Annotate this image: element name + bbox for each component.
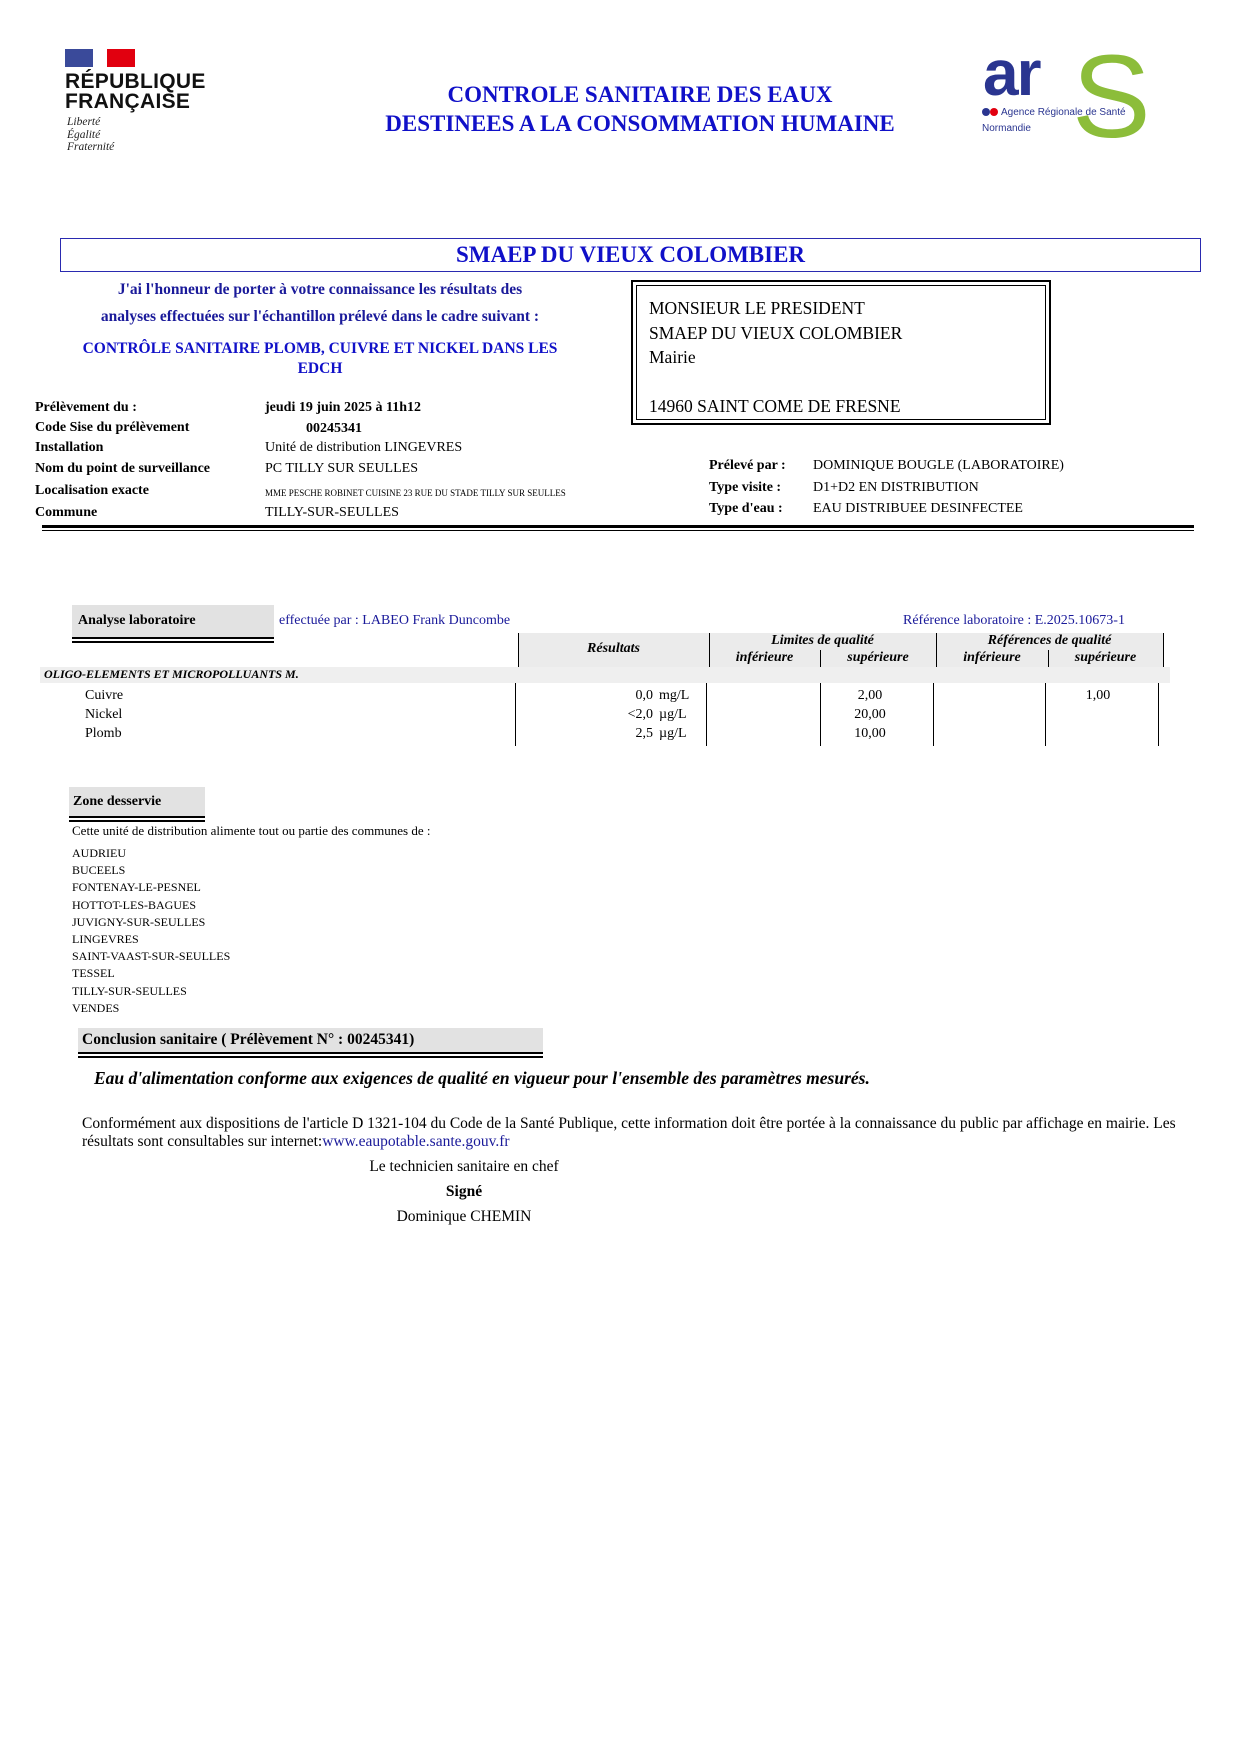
installation-label: Installation <box>35 440 103 456</box>
rf-logo-title: RÉPUBLIQUE FRANÇAISE <box>65 72 206 112</box>
service-zone-underline <box>69 816 205 822</box>
recipient-line: MONSIEUR LE PRESIDENT <box>649 296 1033 321</box>
red-dot-icon <box>990 108 998 116</box>
context-line-1: CONTRÔLE SANITAIRE PLOMB, CUIVRE ET NICK… <box>40 340 600 358</box>
conclusion-statement: Eau d'alimentation conforme aux exigence… <box>94 1068 870 1089</box>
sampled-by-label: Prélevé par : <box>709 458 786 474</box>
limit-upper: 2,00 <box>820 688 920 704</box>
service-zone-intro: Cette unité de distribution alimente tou… <box>72 823 431 839</box>
ref-upper: 1,00 <box>1048 688 1148 704</box>
monitoring-point-label: Nom du point de surveillance <box>35 461 210 477</box>
sise-code-label: Code Sise du prélèvement <box>35 420 189 436</box>
visit-type-value: D1+D2 EN DISTRIBUTION <box>813 480 979 496</box>
context-line-2: EDCH <box>40 360 600 378</box>
lab-analysis-underline <box>72 637 274 643</box>
parameter-name: Plomb <box>85 726 122 742</box>
visit-type-label: Type visite : <box>709 480 781 496</box>
recipient-line: SMAEP DU VIEUX COLOMBIER <box>649 321 1033 346</box>
blue-dot-icon <box>982 108 990 116</box>
col-quality-references: Références de qualité <box>936 633 1163 649</box>
col-quality-limits: Limites de qualité <box>709 633 936 649</box>
result-unit: mg/L <box>659 688 689 704</box>
commune-value: TILLY-SUR-SEULLES <box>265 505 399 521</box>
intro-line-2: analyses effectuées sur l'échantillon pr… <box>40 308 600 326</box>
communes-list: AUDRIEUBUCEELSFONTENAY-LE-PESNELHOTTOT-L… <box>72 845 230 1017</box>
sample-date-label: Prélèvement du : <box>35 400 137 416</box>
french-flag-icon <box>65 49 135 67</box>
exact-location-label: Localisation exacte <box>35 483 149 499</box>
installation-value: Unité de distribution LINGEVRES <box>265 440 462 456</box>
lab-performed-by: effectuée par : LABEO Frank Duncombe <box>279 613 510 629</box>
signature-status: Signé <box>300 1183 628 1201</box>
commune-item: SAINT-VAAST-SUR-SEULLES <box>72 948 230 965</box>
parameter-name: Nickel <box>85 707 122 723</box>
monitoring-point-value: PC TILLY SUR SEULLES <box>265 461 418 477</box>
ars-agency-name: Agence Régionale de Santé <box>982 107 1126 118</box>
commune-item: LINGEVRES <box>72 931 230 948</box>
recipient-line: 14960 SAINT COME DE FRESNE <box>649 394 1033 419</box>
signatory-name: Dominique CHEMIN <box>300 1208 628 1226</box>
service-zone-tag: Zone desservie <box>69 787 205 817</box>
commune-item: HOTTOT-LES-BAGUES <box>72 897 230 914</box>
commune-item: TILLY-SUR-SEULLES <box>72 983 230 1000</box>
commune-item: FONTENAY-LE-PESNEL <box>72 879 230 896</box>
commune-label: Commune <box>35 505 97 521</box>
ars-logo-s: S <box>1072 38 1151 156</box>
eaupotable-link[interactable]: www.eaupotable.sante.gouv.fr <box>322 1133 509 1150</box>
exact-location-value: MME PESCHE ROBINET CUISINE 23 RUE DU STA… <box>265 488 566 498</box>
intro-line-1: J'ai l'honneur de porter à votre connais… <box>40 281 600 299</box>
col-results: Résultats <box>518 641 709 657</box>
conclusion-underline <box>78 1052 543 1058</box>
section-divider <box>42 525 1194 531</box>
conclusion-tag: Conclusion sanitaire ( Prélèvement N° : … <box>78 1028 543 1052</box>
recipient-address-box: MONSIEUR LE PRESIDENT SMAEP DU VIEUX COL… <box>631 280 1051 425</box>
recipient-line: Mairie <box>649 345 1033 370</box>
result-unit: µg/L <box>659 726 687 742</box>
sample-date-value: jeudi 19 juin 2025 à 11h12 <box>265 400 421 416</box>
water-type-label: Type d'eau : <box>709 501 783 517</box>
lab-reference: Référence laboratoire : E.2025.10673-1 <box>903 613 1125 629</box>
ars-region: Normandie <box>982 123 1031 134</box>
lab-analysis-tag: Analyse laboratoire <box>72 605 274 637</box>
parameter-group-title: OLIGO-ELEMENTS ET MICROPOLLUANTS M. <box>44 667 299 682</box>
sise-code-value: 00245341 <box>306 421 362 437</box>
col-limit-upper: supérieure <box>820 650 936 666</box>
col-limit-lower: inférieure <box>709 650 820 666</box>
result-value: <2,0 <box>560 707 653 723</box>
commune-item: AUDRIEU <box>72 845 230 862</box>
commune-item: JUVIGNY-SUR-SEULLES <box>72 914 230 931</box>
col-ref-lower: inférieure <box>936 650 1048 666</box>
organization-banner: SMAEP DU VIEUX COLOMBIER <box>60 238 1201 272</box>
commune-item: VENDES <box>72 1000 230 1017</box>
recipient-line <box>649 370 1033 395</box>
commune-item: BUCEELS <box>72 862 230 879</box>
limit-upper: 20,00 <box>820 707 920 723</box>
rf-logo-motto: Liberté Égalité Fraternité <box>67 116 114 154</box>
result-unit: µg/L <box>659 707 687 723</box>
limit-upper: 10,00 <box>820 726 920 742</box>
result-value: 0,0 <box>560 688 653 704</box>
document-title: CONTROLE SANITAIRE DES EAUX DESTINEES A … <box>340 80 940 138</box>
ars-logo-ar: ar <box>983 36 1040 110</box>
commune-item: TESSEL <box>72 965 230 982</box>
public-notice: Conformément aux dispositions de l'artic… <box>82 1115 1192 1151</box>
col-ref-upper: supérieure <box>1048 650 1163 666</box>
parameter-name: Cuivre <box>85 688 123 704</box>
water-type-value: EAU DISTRIBUEE DESINFECTEE <box>813 501 1023 517</box>
ars-normandie-logo: ar S Agence Régionale de Santé Normandie <box>980 48 1150 158</box>
result-value: 2,5 <box>560 726 653 742</box>
sampled-by-value: DOMINIQUE BOUGLE (LABORATOIRE) <box>813 458 1064 474</box>
signatory-title: Le technicien sanitaire en chef <box>300 1158 628 1176</box>
